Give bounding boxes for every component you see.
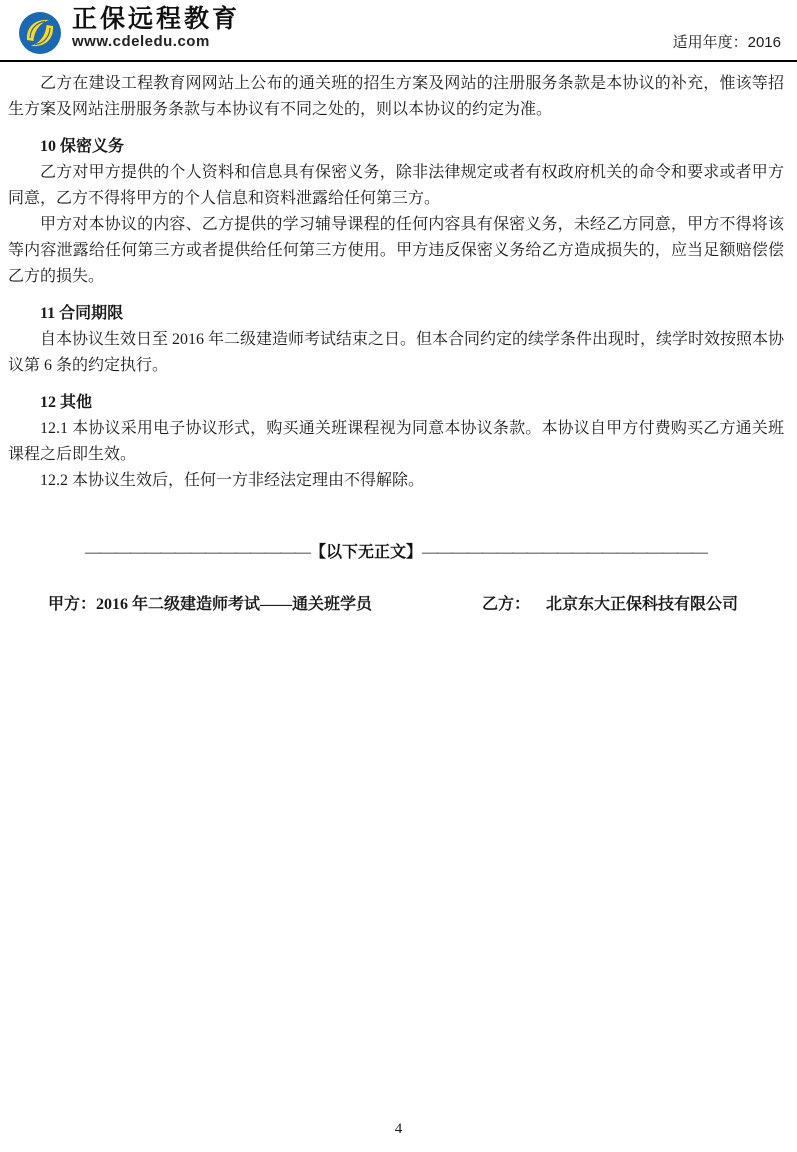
party-b-name: 北京东大正保科技有限公司 <box>546 593 738 617</box>
party-b-signature: 乙方： 北京东大正保科技有限公司 <box>482 593 738 617</box>
section-10-paragraph: 甲方对本协议的内容、乙方提供的学习辅导课程的任何内容具有保密义务，未经乙方同意，… <box>8 212 784 290</box>
party-b-label: 乙方： <box>482 593 530 617</box>
section-12-heading: 12 其他 <box>8 390 784 416</box>
brand-name: 正保远程教育 <box>72 5 240 33</box>
brand-url: www.cdeledu.com <box>72 33 240 50</box>
page-header: 正保远程教育 www.cdeledu.com 适用年度：2016 <box>0 0 797 62</box>
section-11: 11 合同期限 自本协议生效日至 2016 年二级建造师考试结束之日。但本合同约… <box>8 301 784 379</box>
cdeledu-logo-icon <box>18 11 62 60</box>
section-11-paragraph: 自本协议生效日至 2016 年二级建造师考试结束之日。但本合同约定的续学条件出现… <box>8 327 784 379</box>
page-number: 4 <box>0 1121 797 1138</box>
section-10-heading: 10 保密义务 <box>8 134 784 160</box>
applicable-year-label: 适用年度：2016 <box>673 31 787 60</box>
brand-text: 正保远程教育 www.cdeledu.com <box>72 5 240 50</box>
no-more-text-divider: ———————————————【以下无正文】——————————————————… <box>8 540 784 566</box>
section-11-heading: 11 合同期限 <box>8 301 784 327</box>
section-12: 12 其他 12.1 本协议采用电子协议形式，购买通关班课程视为同意本协议条款。… <box>8 390 784 494</box>
brand-block: 正保远程教育 www.cdeledu.com <box>18 5 240 60</box>
section-10-paragraph: 乙方对甲方提供的个人资料和信息具有保密义务，除非法律规定或者有权政府机关的命令和… <box>8 160 784 212</box>
party-a-signature: 甲方：2016 年二级建造师考试——通关班学员 <box>48 593 372 617</box>
intro-paragraph: 乙方在建设工程教育网网站上公布的通关班的招生方案及网站的注册服务条款是本协议的补… <box>8 71 784 123</box>
divider-dashes-right: ——————————————————— <box>422 544 707 561</box>
document-page: 正保远程教育 www.cdeledu.com 适用年度：2016 乙方在建设工程… <box>0 0 797 1152</box>
section-12-paragraph: 12.1 本协议采用电子协议形式，购买通关班课程视为同意本协议条款。本协议自甲方… <box>8 416 784 468</box>
divider-dashes-left: ——————————————— <box>85 544 310 561</box>
signature-row: 甲方：2016 年二级建造师考试——通关班学员 乙方： 北京东大正保科技有限公司 <box>8 593 784 617</box>
section-12-paragraph: 12.2 本协议生效后，任何一方非经法定理由不得解除。 <box>8 468 784 494</box>
contract-body: 乙方在建设工程教育网网站上公布的通关班的招生方案及网站的注册服务条款是本协议的补… <box>0 62 797 617</box>
no-more-text-label: 【以下无正文】 <box>310 544 422 561</box>
section-10: 10 保密义务 乙方对甲方提供的个人资料和信息具有保密义务，除非法律规定或者有权… <box>8 134 784 290</box>
